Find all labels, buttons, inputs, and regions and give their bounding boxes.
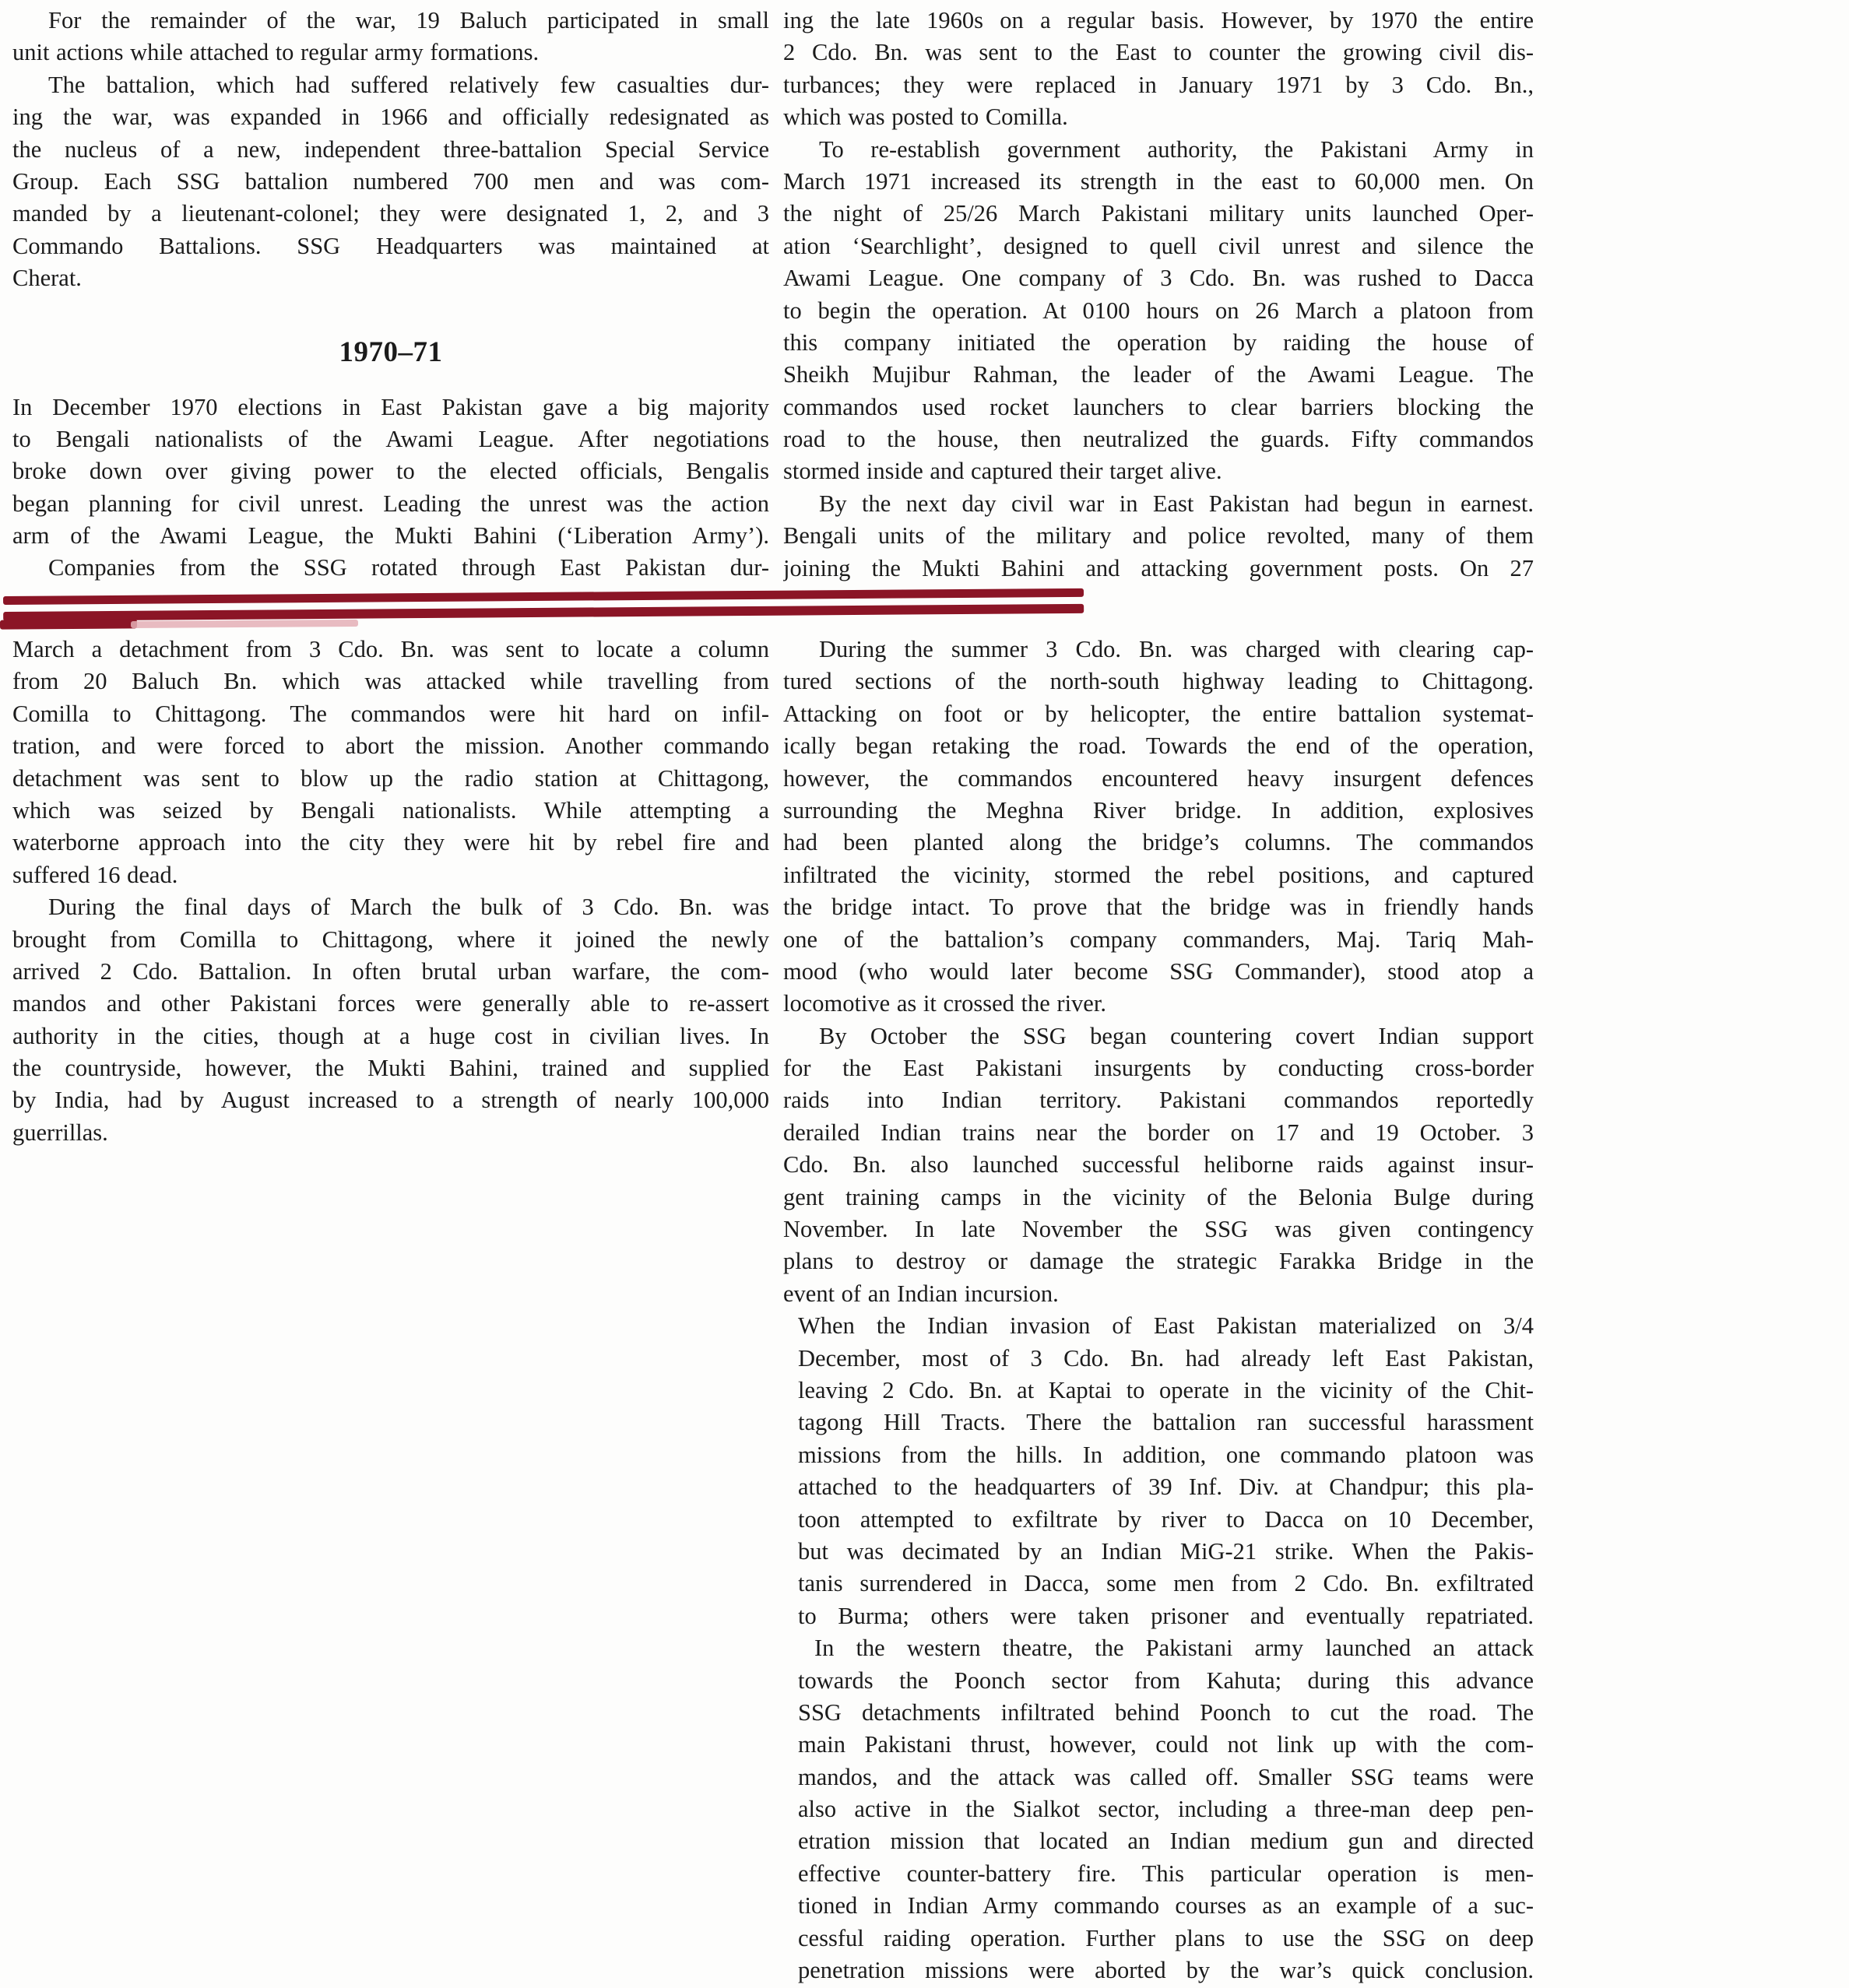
text-line: SSG detachments infiltrated behind Poonc… [798,1697,1534,1729]
text-line: locomotive as it crossed the river. [783,988,1534,1020]
text-line: guerrillas. [12,1117,769,1149]
text-line: Group. Each SSG battalion numbered 700 m… [12,166,769,198]
text-line: derailed Indian trains near the border o… [783,1117,1534,1149]
paragraph: By the next day civil war in East Pakist… [783,488,1534,585]
scanned-book-page: { "page": { "bg": "#fdfdfc", "text_color… [0,0,1849,1988]
column-left-bottom: March a detachment from 3 Cdo. Bn. was s… [12,634,769,1149]
text-line: attached to the headquarters of 39 Inf. … [798,1471,1534,1503]
text-line: penetration missions were aborted by the… [798,1955,1534,1986]
text-line: surrounding the Meghna River bridge. In … [783,795,1534,827]
text-line: To re-establish government authority, th… [783,134,1534,166]
paragraph: For the remainder of the war, 19 Baluch … [12,5,769,69]
text-line: waterborne approach into the city they w… [12,827,769,859]
text-line: for the East Pakistani insurgents by con… [783,1052,1534,1084]
paragraph: ing the late 1960s on a regular basis. H… [783,5,1534,134]
text-line: had been planted along the bridge’s colu… [783,827,1534,859]
text-line: mandos, and the attack was called off. S… [798,1761,1534,1793]
text-line: By October the SSG began countering cove… [783,1020,1534,1052]
text-line: leaving 2 Cdo. Bn. at Kaptai to operate … [798,1375,1534,1407]
text-line: raids into Indian territory. Pakistani c… [783,1084,1534,1116]
text-line: When the Indian invasion of East Pakista… [798,1310,1534,1342]
text-line: arm of the Awami League, the Mukti Bahin… [12,520,769,552]
section-heading: 1970–71 [12,335,769,371]
paragraph: When the Indian invasion of East Pakista… [798,1310,1534,1632]
paragraph: During the summer 3 Cdo. Bn. was charged… [783,634,1534,1020]
column-left-top: For the remainder of the war, 19 Baluch … [12,5,769,585]
right-bottom-indented-block: When the Indian invasion of East Pakista… [798,1310,1534,1986]
text-line: also active in the Sialkot sector, inclu… [798,1793,1534,1825]
right-bottom-paragraphs: During the summer 3 Cdo. Bn. was charged… [783,634,1534,1310]
text-line: December, most of 3 Cdo. Bn. had already… [798,1343,1534,1375]
text-line: event of an Indian incursion. [783,1278,1534,1310]
text-line: By the next day civil war in East Pakist… [783,488,1534,520]
text-line: In the western theatre, the Pakistani ar… [798,1632,1534,1664]
text-line: Companies from the SSG rotated through E… [12,552,769,584]
text-line: brought from Comilla to Chittagong, wher… [12,924,769,956]
left-top-paragraphs-after-heading: In December 1970 elections in East Pakis… [12,392,769,585]
text-line: March a detachment from 3 Cdo. Bn. was s… [12,634,769,666]
paragraph: In the western theatre, the Pakistani ar… [798,1632,1534,1986]
text-line: ation ‘Searchlight’, designed to quell c… [783,230,1534,262]
text-line: by India, had by August increased to a s… [12,1084,769,1116]
text-line: In December 1970 elections in East Pakis… [12,392,769,423]
text-line: to Bengali nationalists of the Awami Lea… [12,423,769,455]
text-line: During the summer 3 Cdo. Bn. was charged… [783,634,1534,666]
text-line: tanis surrendered in Dacca, some men fro… [798,1568,1534,1600]
text-line: The battalion, which had suffered relati… [12,69,769,101]
text-line: from 20 Baluch Bn. which was attacked wh… [12,666,769,697]
text-line: Bengali units of the military and police… [783,520,1534,552]
text-line: Sheikh Mujibur Rahman, the leader of the… [783,359,1534,391]
text-line: During the final days of March the bulk … [12,891,769,923]
text-line: began planning for civil unrest. Leading… [12,488,769,520]
text-line: Cdo. Bn. also launched successful helibo… [783,1149,1534,1181]
left-top-paragraphs: For the remainder of the war, 19 Baluch … [12,5,769,295]
text-line: stormed inside and captured their target… [783,455,1534,487]
text-line: manded by a lieutenant-colonel; they wer… [12,198,769,230]
column-right-top: ing the late 1960s on a regular basis. H… [783,5,1534,585]
red-marker-smear [0,619,137,629]
text-line: to begin the operation. At 0100 hours on… [783,295,1534,327]
text-line: Commando Battalions. SSG Headquarters wa… [12,230,769,262]
text-line: which was posted to Comilla. [783,101,1534,133]
paragraph: In December 1970 elections in East Pakis… [12,392,769,553]
text-line: November. In late November the SSG was g… [783,1214,1534,1245]
text-line: commandos used rocket launchers to clear… [783,392,1534,423]
text-line: mood (who would later become SSG Command… [783,956,1534,988]
text-line: broke down over giving power to the elec… [12,455,769,487]
text-line: one of the battalion’s company commander… [783,924,1534,956]
text-line: Attacking on foot or by helicopter, the … [783,698,1534,730]
text-line: toon attempted to exfiltrate by river to… [798,1504,1534,1536]
text-line: 2 Cdo. Bn. was sent to the East to count… [783,37,1534,68]
text-line: For the remainder of the war, 19 Baluch … [12,5,769,37]
text-line: tagong Hill Tracts. There the battalion … [798,1407,1534,1438]
text-line: the countryside, however, the Mukti Bahi… [12,1052,769,1084]
paragraph: To re-establish government authority, th… [783,134,1534,488]
text-line: this company initiated the operation by … [783,327,1534,359]
text-line: joining the Mukti Bahini and attacking g… [783,553,1534,585]
text-line: etration mission that located an Indian … [798,1825,1534,1857]
text-line: Cherat. [12,262,769,294]
text-line: tioned in Indian Army commando courses a… [798,1890,1534,1922]
text-line: however, the commandos encountered heavy… [783,763,1534,795]
text-line: suffered 16 dead. [12,859,769,891]
red-marker-smear-faint [131,620,358,628]
text-line: main Pakistani thrust, however, could no… [798,1729,1534,1761]
text-line: ing the war, was expanded in 1966 and of… [12,101,769,133]
text-line: ically began retaking the road. Towards … [783,730,1534,762]
text-line: plans to destroy or damage the strategic… [783,1245,1534,1277]
text-line: cessful raiding operation. Further plans… [798,1923,1534,1955]
paragraph: The battalion, which had suffered relati… [12,69,769,295]
text-line: Awami League. One company of 3 Cdo. Bn. … [783,262,1534,294]
text-line: the nucleus of a new, independent three-… [12,134,769,166]
red-marker-line [3,588,1084,621]
text-line: gent training camps in the vicinity of t… [783,1182,1534,1214]
paragraph: March a detachment from 3 Cdo. Bn. was s… [12,634,769,891]
text-line: the bridge intact. To prove that the bri… [783,891,1534,923]
text-line: missions from the hills. In addition, on… [798,1439,1534,1471]
text-line: infiltrated the vicinity, stormed the re… [783,859,1534,891]
text-line: tration, and were forced to abort the mi… [12,730,769,762]
text-line: which was seized by Bengali nationalists… [12,795,769,827]
text-line: road to the house, then neutralized the … [783,423,1534,455]
text-line: ing the late 1960s on a regular basis. H… [783,5,1534,37]
text-line: to Burma; others were taken prisoner and… [798,1600,1534,1632]
text-line: authority in the cities, though at a hug… [12,1020,769,1052]
text-line: effective counter-battery fire. This par… [798,1858,1534,1890]
text-line: unit actions while attached to regular a… [12,37,769,68]
text-line: tured sections of the north-south highwa… [783,666,1534,697]
paragraph: Companies from the SSG rotated through E… [12,552,769,584]
text-line: but was decimated by an Indian MiG-21 st… [798,1536,1534,1568]
text-line: Comilla to Chittagong. The commandos wer… [12,698,769,730]
text-line: towards the Poonch sector from Kahuta; d… [798,1665,1534,1697]
text-line: turbances; they were replaced in January… [783,69,1534,101]
paragraph: During the final days of March the bulk … [12,891,769,1149]
text-line: arrived 2 Cdo. Battalion. In often bruta… [12,956,769,988]
text-line: the night of 25/26 March Pakistani milit… [783,198,1534,230]
column-right-bottom: During the summer 3 Cdo. Bn. was charged… [783,634,1534,1986]
text-line: mandos and other Pakistani forces were g… [12,988,769,1020]
paragraph: By October the SSG began countering cove… [783,1020,1534,1311]
text-line: March 1971 increased its strength in the… [783,166,1534,198]
text-line: detachment was sent to blow up the radio… [12,763,769,795]
